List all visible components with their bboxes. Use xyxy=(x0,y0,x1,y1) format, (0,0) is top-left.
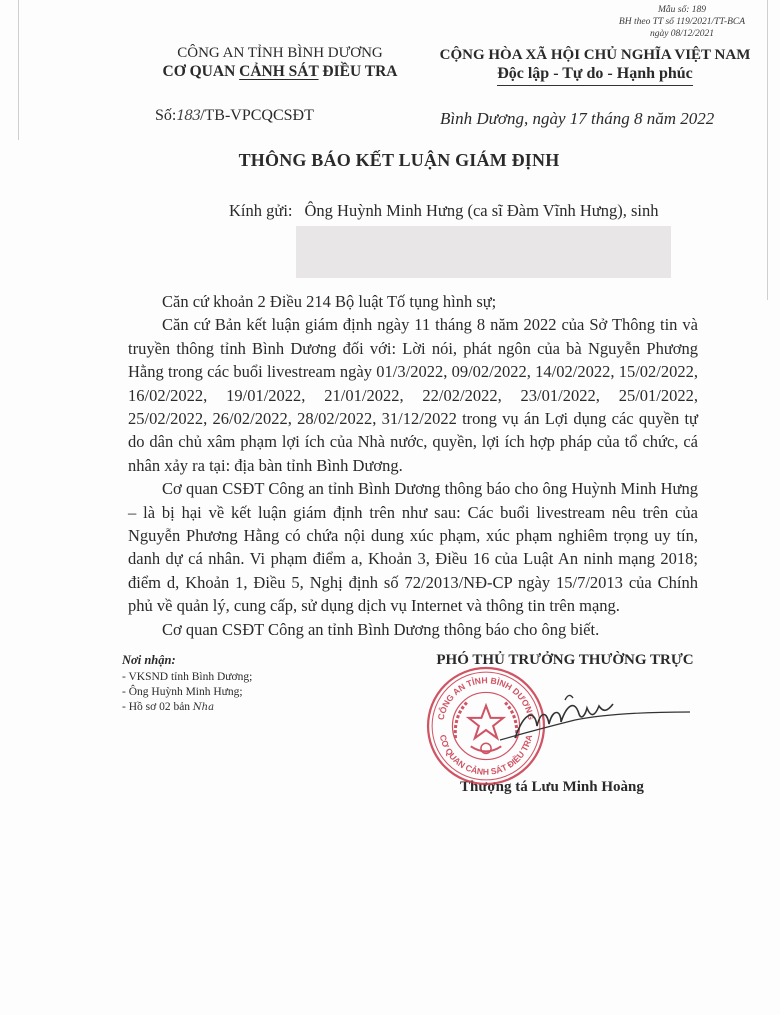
form-number: Mẫu số: 189 xyxy=(592,4,772,16)
national-header: CỘNG HÒA XÃ HỘI CHỦ NGHĨA VIỆT NAM Độc l… xyxy=(405,46,780,86)
form-circular: BH theo TT số 119/2021/TT-BCA xyxy=(592,16,772,28)
issuer-parent-agency: CÔNG AN TỈNH BÌNH DƯƠNG xyxy=(130,44,430,62)
recipient-line: Kính gửi:Ông Huỳnh Minh Hưng (ca sĩ Đàm … xyxy=(229,201,658,221)
recipients-heading: Nơi nhận: xyxy=(122,653,252,668)
issuer-agency: CƠ QUAN CẢNH SÁT ĐIỀU TRA xyxy=(130,62,430,81)
form-date: ngày 08/12/2021 xyxy=(592,28,772,40)
recipient-item: - VKSND tỉnh Bình Dương; xyxy=(122,670,252,685)
paragraph-closing: Cơ quan CSĐT Công an tỉnh Bình Dương thô… xyxy=(128,618,698,641)
recipient-item: - Hồ sơ 02 bản Nha xyxy=(122,700,252,715)
national-motto: Độc lập - Tự do - Hạnh phúc xyxy=(497,64,693,86)
form-reference: Mẫu số: 189 BH theo TT số 119/2021/TT-BC… xyxy=(592,4,772,40)
document-title: THÔNG BÁO KẾT LUẬN GIÁM ĐỊNH xyxy=(0,150,780,171)
issuer-header: CÔNG AN TỈNH BÌNH DƯƠNG CƠ QUAN CẢNH SÁT… xyxy=(130,44,430,81)
redacted-block xyxy=(296,226,671,278)
national-title: CỘNG HÒA XÃ HỘI CHỦ NGHĨA VIỆT NAM xyxy=(405,46,780,64)
paragraph-conclusion: Cơ quan CSĐT Công an tỉnh Bình Dương thô… xyxy=(128,477,698,617)
handwritten-number: 183 xyxy=(176,108,200,124)
recipients-list: Nơi nhận: - VKSND tỉnh Bình Dương; - Ông… xyxy=(122,653,252,715)
recipient-item: - Ông Huỳnh Minh Hưng; xyxy=(122,685,252,700)
place-date: Bình Dương, ngày 17 tháng 8 năm 2022 xyxy=(440,109,714,129)
handwritten-initials: Nha xyxy=(193,702,214,713)
page-edge-left xyxy=(18,0,19,140)
recipient-label: Kính gửi: xyxy=(229,201,293,220)
paragraph-assessment-basis: Căn cứ Bản kết luận giám định ngày 11 th… xyxy=(128,313,698,477)
handwritten-signature-icon xyxy=(495,690,695,750)
document-body: Căn cứ khoản 2 Điều 214 Bộ luật Tố tụng … xyxy=(128,290,698,641)
document-number: Số:183/TB-VPCQCSĐT xyxy=(155,107,314,125)
recipient-value: Ông Huỳnh Minh Hưng (ca sĩ Đàm Vĩnh Hưng… xyxy=(305,201,659,220)
paragraph-legal-basis: Căn cứ khoản 2 Điều 214 Bộ luật Tố tụng … xyxy=(128,290,698,313)
